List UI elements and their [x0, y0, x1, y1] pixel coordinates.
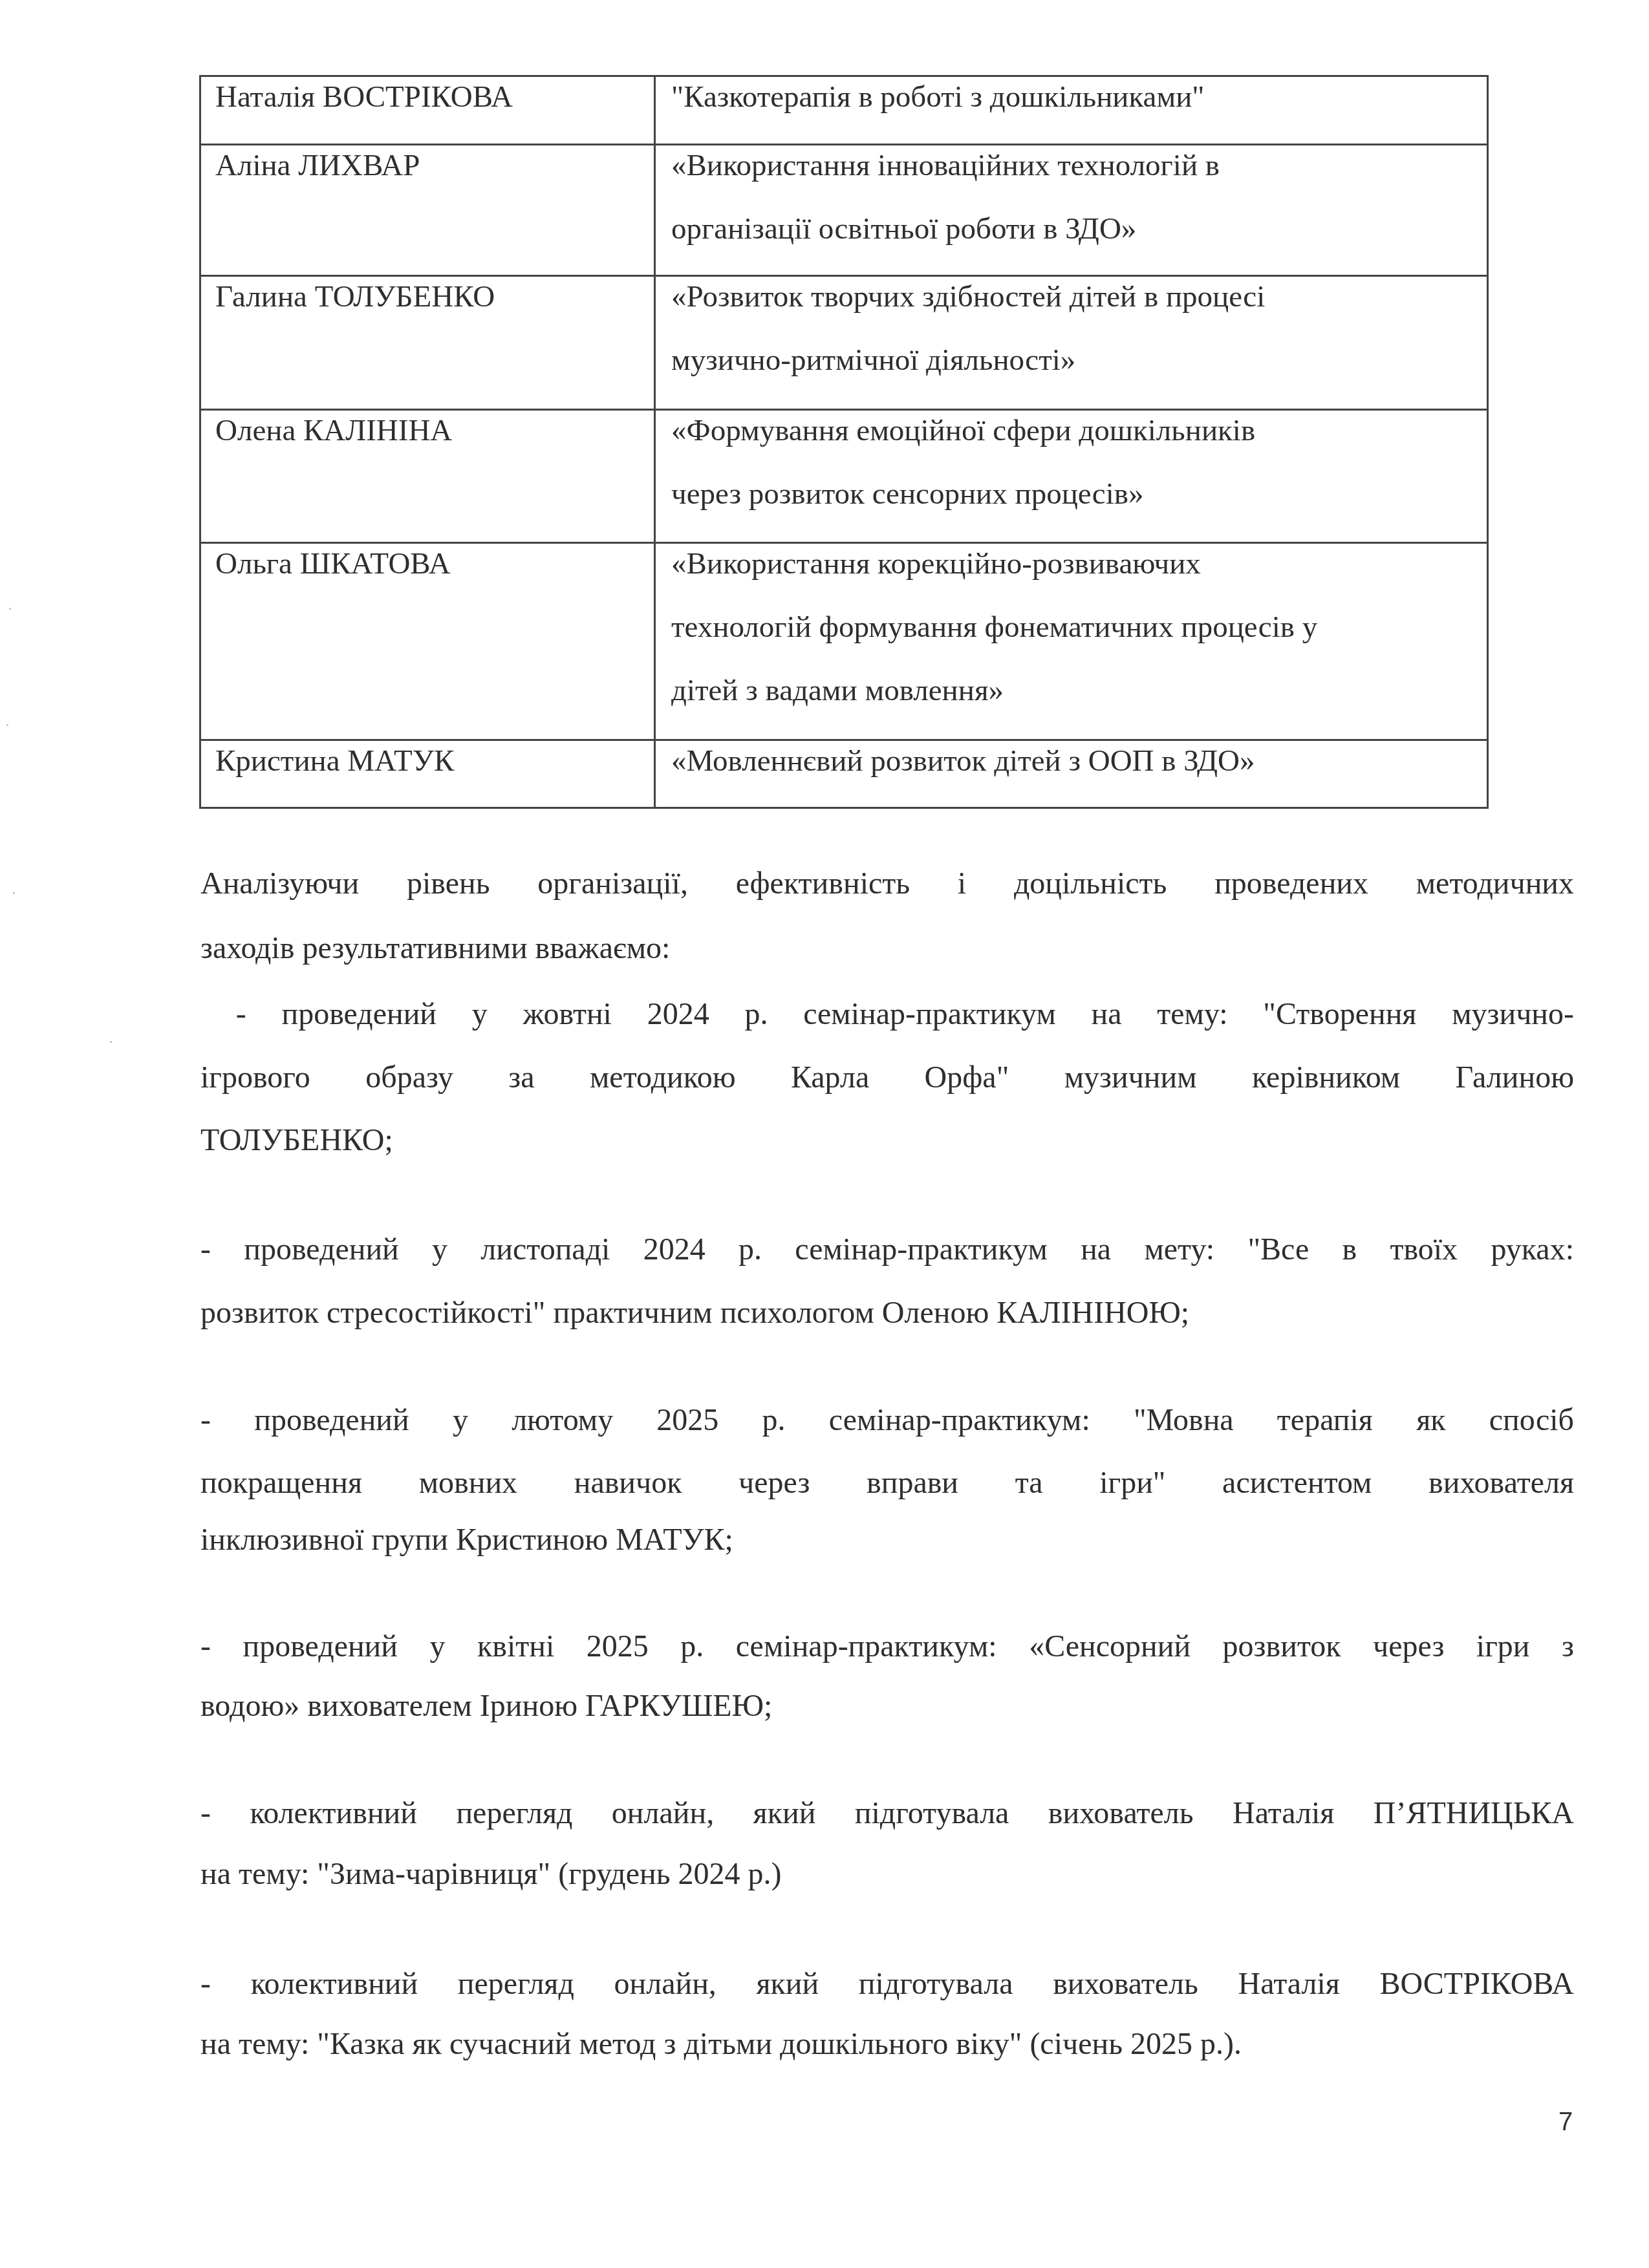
- staff-name: Галина ТОЛУБЕНКО: [215, 265, 641, 328]
- paragraph-line: - колективний перегляд онлайн, який підг…: [200, 1952, 1574, 2015]
- name-cell: Галина ТОЛУБЕНКО: [200, 276, 655, 410]
- staff-name: Ольга ШКАТОВА: [215, 532, 641, 595]
- name-cell: Аліна ЛИХВАР: [200, 145, 655, 276]
- paragraph-line: заходів результативними вважаємо:: [200, 917, 1574, 979]
- paragraph-line: ТОЛУБЕНКО;: [200, 1109, 1574, 1171]
- name-cell: Ольга ШКАТОВА: [200, 543, 655, 740]
- paragraph-line: - проведений у листопаді 2024 р. семінар…: [200, 1218, 1574, 1281]
- staff-name: Кристина МАТУК: [215, 729, 641, 793]
- topic-line: дітей з вадами мовлення»: [671, 659, 1474, 722]
- topic-line: «Розвиток творчих здібностей дітей в про…: [671, 265, 1474, 328]
- paragraph-line: - проведений у жовтні 2024 р. семінар-пр…: [200, 983, 1574, 1045]
- topic-line: «Формування емоційної сфери дошкільників: [671, 399, 1474, 462]
- topic-cell: «Мовленнєвий розвиток дітей з ООП в ЗДО»: [655, 740, 1488, 808]
- paragraph-line: розвиток стресостійкості" практичним пси…: [200, 1281, 1574, 1344]
- topic-line: через розвиток сенсорних процесів»: [671, 462, 1474, 526]
- paragraph-line: водою» вихователем Іриною ГАРКУШЕЮ;: [200, 1674, 1574, 1737]
- table-row: Галина ТОЛУБЕНКО «Розвиток творчих здібн…: [200, 276, 1488, 410]
- table-row: Олена КАЛІНІНА «Формування емоційної сфе…: [200, 410, 1488, 543]
- paragraph-line: покращення мовних навичок через вправи т…: [200, 1451, 1574, 1514]
- topic-cell: «Використання корекційно-розвиваючих тех…: [655, 543, 1488, 740]
- paragraph-line: - проведений у лютому 2025 р. семінар-пр…: [200, 1389, 1574, 1451]
- document-page: Наталія ВОСТРІКОВА "Казкотерапія в робот…: [0, 0, 1649, 2268]
- staff-name: Олена КАЛІНІНА: [215, 399, 641, 462]
- name-cell: Олена КАЛІНІНА: [200, 410, 655, 543]
- paragraph-line: інклюзивної групи Кристиною МАТУК;: [200, 1508, 1574, 1571]
- staff-topics-table: Наталія ВОСТРІКОВА "Казкотерапія в робот…: [199, 75, 1489, 809]
- scan-speck: [9, 608, 11, 610]
- topic-line: організації освітньої роботи в ЗДО»: [671, 197, 1474, 261]
- topic-line: "Казкотерапія в роботі з дошкільниками": [671, 65, 1474, 129]
- paragraph-line: на тему: "Зима-чарівниця" (грудень 2024 …: [200, 1843, 1574, 1905]
- topic-line: музично-ритмічної діяльності»: [671, 328, 1474, 392]
- topic-line: «Використання корекційно-розвиваючих: [671, 532, 1474, 595]
- topic-cell: «Розвиток творчих здібностей дітей в про…: [655, 276, 1488, 410]
- paragraph-line: - колективний перегляд онлайн, який підг…: [200, 1782, 1574, 1845]
- topic-cell: «Формування емоційної сфери дошкільників…: [655, 410, 1488, 543]
- scan-speck: [13, 892, 15, 894]
- paragraph-line: - проведений у квітні 2025 р. семінар-пр…: [200, 1615, 1574, 1678]
- staff-name: Аліна ЛИХВАР: [215, 134, 641, 197]
- topic-line: технологій формування фонематичних проце…: [671, 595, 1474, 659]
- paragraph-line: Аналізуючи рівень організації, ефективні…: [200, 852, 1574, 915]
- table-row: Ольга ШКАТОВА «Використання корекційно-р…: [200, 543, 1488, 740]
- topic-cell: «Використання інноваційних технологій в …: [655, 145, 1488, 276]
- topic-line: «Використання інноваційних технологій в: [671, 134, 1474, 197]
- paragraph-line: на тему: "Казка як сучасний метод з діть…: [200, 2013, 1574, 2075]
- table-row: Кристина МАТУК «Мовленнєвий розвиток діт…: [200, 740, 1488, 808]
- paragraph-line: ігрового образу за методикою Карла Орфа"…: [200, 1046, 1574, 1109]
- page-number: 7: [1558, 2109, 1573, 2135]
- scan-speck: [6, 724, 8, 726]
- name-cell: Кристина МАТУК: [200, 740, 655, 808]
- table-row: Аліна ЛИХВАР «Використання інноваційних …: [200, 145, 1488, 276]
- scan-speck: [110, 1041, 112, 1043]
- staff-name: Наталія ВОСТРІКОВА: [215, 65, 641, 129]
- topic-line: «Мовленнєвий розвиток дітей з ООП в ЗДО»: [671, 729, 1474, 793]
